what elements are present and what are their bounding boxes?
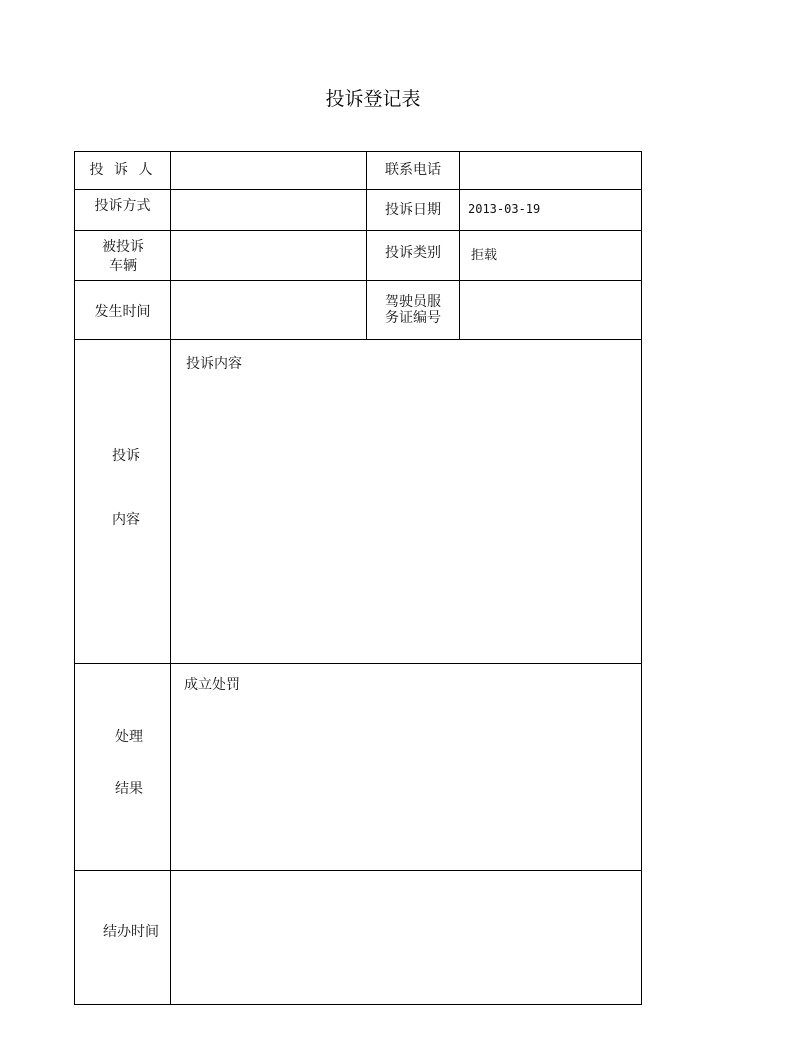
vehicle-label-line2: 车辆 <box>75 257 171 276</box>
content-label: 投诉 内容 <box>78 447 174 529</box>
content-label-line1: 投诉 <box>78 447 174 465</box>
col-divider <box>170 151 171 1005</box>
occurred-time-value[interactable] <box>178 302 358 320</box>
vehicle-value[interactable] <box>178 245 358 263</box>
vehicle-label: 被投诉 车辆 <box>75 238 171 276</box>
result-value[interactable]: 成立处罚 <box>184 674 624 694</box>
driver-cert-label-line1: 驾驶员服 <box>367 294 459 310</box>
table-border-right <box>641 151 642 1005</box>
occurred-time-label: 发生时间 <box>75 281 170 343</box>
table-border-left <box>74 151 75 1005</box>
category-value[interactable]: 拒载 <box>471 244 631 262</box>
result-label: 处理 结果 <box>81 728 177 798</box>
row-divider <box>74 230 642 231</box>
result-label-line1: 处理 <box>81 728 177 746</box>
phone-label: 联系电话 <box>367 152 459 189</box>
vehicle-label-line1: 被投诉 <box>75 238 171 257</box>
col-divider <box>459 151 460 339</box>
closing-time-label: 结办时间 <box>103 921 169 941</box>
complainant-value[interactable] <box>178 162 358 180</box>
method-value[interactable] <box>178 200 358 218</box>
page-title: 投诉登记表 <box>0 84 746 111</box>
method-label: 投诉方式 <box>75 190 170 222</box>
row-divider <box>74 663 642 664</box>
table-border-bottom <box>74 1004 642 1005</box>
driver-cert-label-line2: 务证编号 <box>367 310 459 326</box>
content-label-line2: 内容 <box>78 511 174 529</box>
complainant-label: 投 诉 人 <box>75 152 170 189</box>
driver-cert-label: 驾驶员服 务证编号 <box>367 294 459 326</box>
date-value[interactable]: 2013-03-19 <box>468 202 633 218</box>
category-label: 投诉类别 <box>367 231 459 276</box>
closing-time-value[interactable] <box>184 921 624 939</box>
content-value[interactable]: 投诉内容 <box>186 353 626 373</box>
result-label-line2: 结果 <box>81 780 177 798</box>
row-divider <box>74 870 642 871</box>
date-label: 投诉日期 <box>367 190 459 230</box>
driver-cert-value[interactable] <box>468 302 633 320</box>
phone-value[interactable] <box>468 162 633 180</box>
